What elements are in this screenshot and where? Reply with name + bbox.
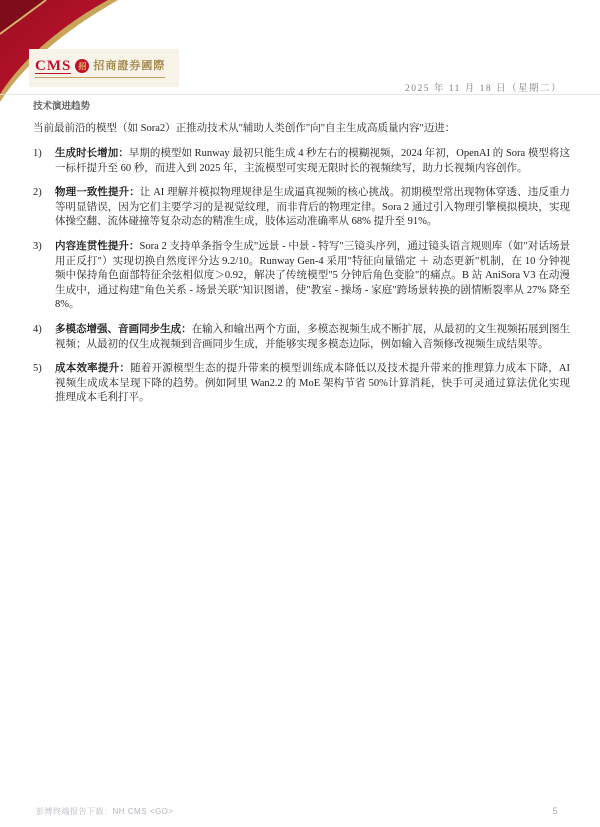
bloomberg-terminal-code: NH CMS <GO> [113,807,174,816]
list-item-number: 5) [33,362,55,406]
list-item-text: 物理一致性提升：让 AI 理解并模拟物理规律是生成逼真视频的核心挑战。初期模型常… [55,186,570,230]
list-item-number: 3) [33,240,55,313]
logo-cms-text: CMS [35,59,71,74]
list-item-content: 早期的模型如 Runway 最初只能生成 4 秒左右的模糊视频，2024 年初，… [55,148,570,174]
page-footer: 彭博终端报告下载：NH CMS <GO> 5 [36,806,558,817]
list-item-number: 2) [33,186,55,230]
header-divider [0,94,600,95]
report-date: 2025 年 11 月 18 日（星期二） [405,80,562,94]
list-item: 5) 成本效率提升：随着开源模型生态的提升带来的模型训练成本降低以及技术提升带来… [33,362,570,406]
list-item-text: 内容连贯性提升：Sora 2 支持单条指令生成"远景 - 中景 - 特写"三镜头… [55,240,570,313]
list-item-text: 多模态增强、音画同步生成：在输入和输出两个方面，多模态视频生成不断扩展，从最初的… [55,323,570,352]
numbered-list: 1) 生成时长增加：早期的模型如 Runway 最初只能生成 4 秒左右的模糊视… [33,147,570,406]
footer-download-note: 彭博终端报告下载：NH CMS <GO> [36,806,174,817]
list-item: 1) 生成时长增加：早期的模型如 Runway 最初只能生成 4 秒左右的模糊视… [33,147,570,176]
list-item-content: 随着开源模型生态的提升带来的模型训练成本降低以及技术提升带来的推理算力成本下降，… [55,363,570,403]
list-item-lead: 成本效率提升： [55,363,130,374]
footer-download-label: 彭博终端报告下载： [36,807,113,816]
list-item: 2) 物理一致性提升：让 AI 理解并模拟物理规律是生成逼真视频的核心挑战。初期… [33,186,570,230]
list-item-text: 生成时长增加：早期的模型如 Runway 最初只能生成 4 秒左右的模糊视频，2… [55,147,570,176]
logo-company-name: 招商證券國際 [93,60,165,73]
list-item-text: 成本效率提升：随着开源模型生态的提升带来的模型训练成本降低以及技术提升带来的推理… [55,362,570,406]
list-item-number: 1) [33,147,55,176]
list-item: 4) 多模态增强、音画同步生成：在输入和输出两个方面，多模态视频生成不断扩展，从… [33,323,570,352]
cms-badge-icon: 招 [75,59,89,73]
list-item-lead: 多模态增强、音画同步生成： [55,324,192,335]
list-item-lead: 生成时长增加： [55,148,129,159]
list-item-lead: 物理一致性提升： [55,187,140,198]
list-item-number: 4) [33,323,55,352]
list-item-lead: 内容连贯性提升： [55,241,140,252]
list-item: 3) 内容连贯性提升：Sora 2 支持单条指令生成"远景 - 中景 - 特写"… [33,240,570,313]
report-body: 技术演进趋势 当前最前沿的模型（如 Sora2）正推动技术从"辅助人类创作"向"… [33,101,570,406]
section-title: 技术演进趋势 [33,101,570,114]
page-number: 5 [552,806,558,816]
logo-row: CMS 招 招商證券國際 [35,59,165,78]
intro-paragraph: 当前最前沿的模型（如 Sora2）正推动技术从"辅助人类创作"向"自主生成高质量… [33,122,570,137]
company-logo: CMS 招 招商證券國際 [29,49,179,87]
